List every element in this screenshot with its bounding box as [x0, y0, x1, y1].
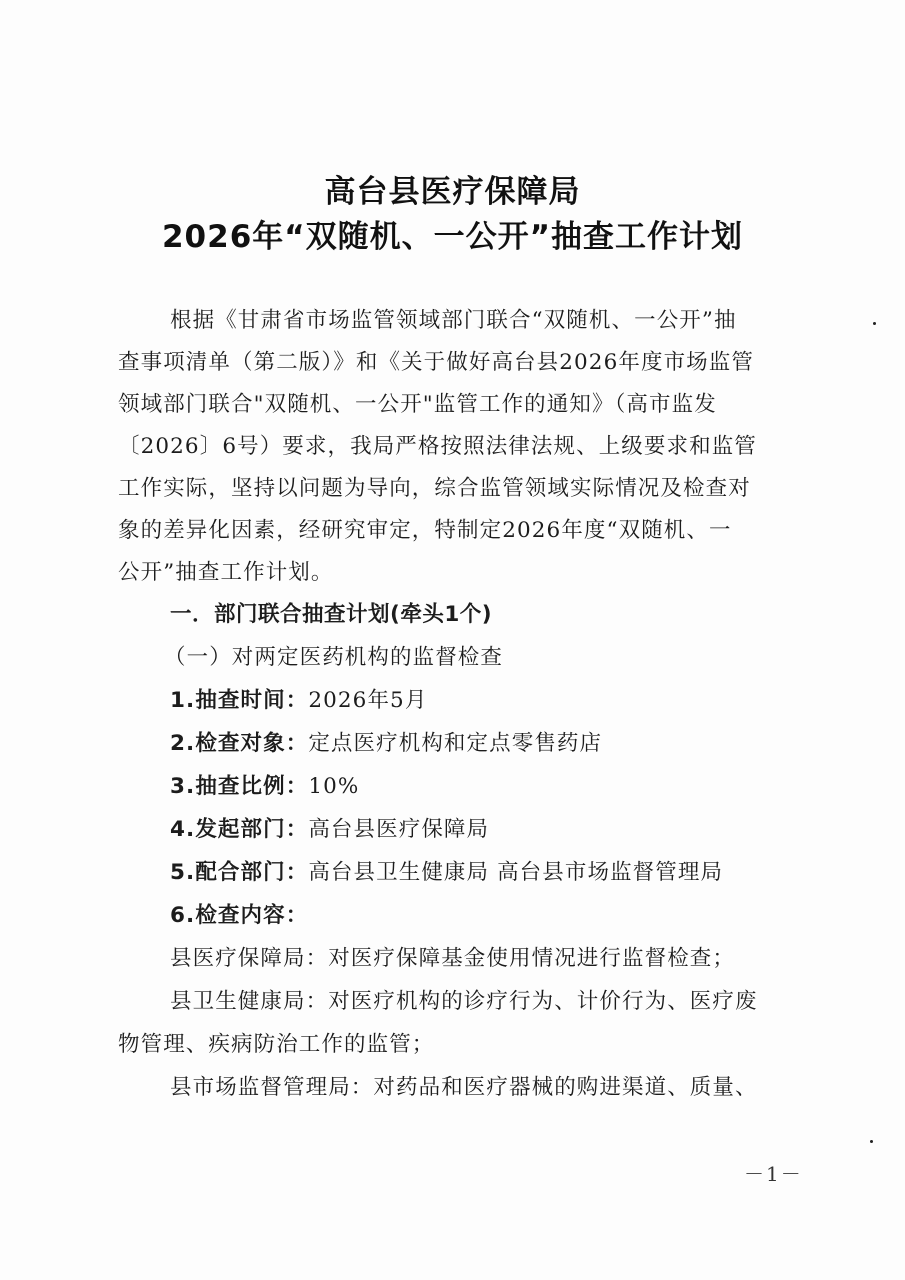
item-label: 3.抽查比例： — [170, 774, 308, 799]
page-number: －1－ — [744, 1158, 803, 1187]
item-row: 6.检查内容： — [170, 898, 308, 929]
intro-paragraph-line: 公开”抽查工作计划。 — [118, 555, 334, 586]
item-value: 10% — [308, 774, 359, 799]
content-line: 县卫生健康局：对医疗机构的诊疗行为、计价行为、医疗废 — [170, 984, 758, 1015]
document-title-line2: 2026年“双随机、一公开”抽查工作计划 — [0, 211, 905, 256]
item-label: 5.配合部门： — [170, 860, 308, 885]
content-line: 县市场监督管理局：对药品和医疗器械的购进渠道、质量、 — [170, 1070, 758, 1101]
item-row: 3.抽查比例：10% — [170, 769, 359, 800]
scan-speck — [870, 1140, 873, 1143]
item-label: 6.检查内容： — [170, 903, 308, 928]
intro-paragraph-line: 领域部门联合"双随机、一公开"监管工作的通知》（高市监发 — [118, 387, 717, 418]
item-value: 高台县卫生健康局 高台县市场监督管理局 — [308, 860, 723, 885]
content-line: 县医疗保障局：对医疗保障基金使用情况进行监督检查； — [170, 941, 735, 972]
item-row: 5.配合部门：高台县卫生健康局 高台县市场监督管理局 — [170, 855, 723, 886]
section-heading: 一．部门联合抽查计划(牵头1个) — [170, 597, 492, 628]
intro-paragraph-line: 查事项清单（第二版）》和《关于做好高台县2026年度市场监管 — [118, 345, 754, 376]
intro-paragraph-line: 工作实际，坚持以问题为导向，综合监管领域实际情况及检查对 — [118, 471, 751, 502]
intro-paragraph-line: 〔2026〕6号）要求，我局严格按照法律法规、上级要求和监管 — [118, 429, 757, 460]
item-label: 1.抽查时间： — [170, 688, 308, 713]
item-row: 4.发起部门：高台县医疗保障局 — [170, 812, 489, 843]
item-label: 2.检查对象： — [170, 731, 308, 756]
item-row: 2.检查对象：定点医疗机构和定点零售药店 — [170, 726, 602, 757]
item-label: 4.发起部门： — [170, 817, 308, 842]
item-value: 2026年5月 — [308, 688, 427, 713]
subsection-heading: （一）对两定医药机构的监督检查 — [164, 640, 503, 671]
item-value: 定点医疗机构和定点零售药店 — [308, 731, 602, 756]
content-line: 物管理、疾病防治工作的监管； — [118, 1027, 434, 1058]
item-row: 1.抽查时间：2026年5月 — [170, 683, 427, 714]
scan-speck — [873, 322, 876, 325]
intro-paragraph-line: 象的差异化因素，经研究审定，特制定2026年度“双随机、一 — [118, 513, 732, 544]
intro-paragraph-line: 根据《甘肃省市场监管领域部门联合“双随机、一公开”抽 — [170, 303, 737, 334]
document-title-line1: 高台县医疗保障局 — [0, 166, 905, 211]
document-page: 高台县医疗保障局 2026年“双随机、一公开”抽查工作计划 根据《甘肃省市场监管… — [0, 0, 905, 1280]
item-value: 高台县医疗保障局 — [308, 817, 489, 842]
